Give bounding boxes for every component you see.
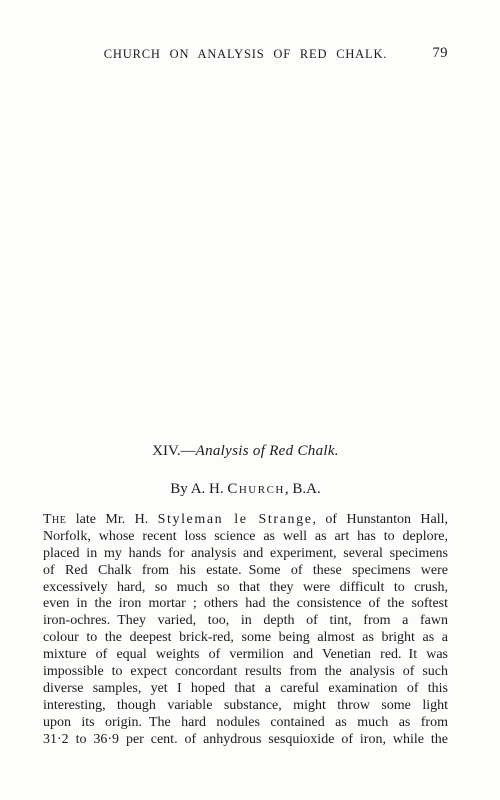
paragraph-line: interesting, though variable substance, …: [43, 698, 448, 715]
byline-suffix: , B.A.: [285, 481, 321, 497]
paragraph-line: diverse samples, yet I hoped that a care…: [43, 681, 448, 698]
paragraph-lead-word: The: [43, 512, 66, 527]
paragraph-line-text: , of Hunstanton Hall,: [313, 512, 448, 527]
paragraph-line: The late Mr. H. Styleman le Strange, of …: [43, 512, 448, 529]
running-head: CHURCH ON ANALYSIS OF RED CHALK. 79: [43, 47, 448, 65]
paragraph-line-text: late Mr. H.: [66, 512, 157, 527]
paragraph-line: upon its origin. The hard nodules contai…: [43, 715, 448, 732]
page-number: 79: [433, 45, 449, 62]
paragraph-line: excessively hard, so much so that they w…: [43, 580, 448, 597]
byline-author-surname: Church: [227, 481, 285, 497]
person-name-letterspaced: Styleman le Strange: [158, 512, 313, 527]
paragraph-line: Norfolk, whose recent loss science as we…: [43, 529, 448, 546]
paragraph-line: mixture of equal weights of vermilion an…: [43, 647, 448, 664]
byline: By A. H. Church, B.A.: [43, 481, 448, 498]
article-title: XIV.—Analysis of Red Chalk.: [43, 443, 448, 460]
paragraph-line: placed in my hands for analysis and expe…: [43, 546, 448, 563]
paragraph-line: of Red Chalk from his estate. Some of th…: [43, 563, 448, 580]
article-paragraph: The late Mr. H. Styleman le Strange, of …: [43, 512, 448, 748]
paragraph-line: 31·2 to 36·9 per cent. of anhydrous sesq…: [43, 732, 448, 749]
byline-prefix: By A. H.: [170, 481, 227, 497]
article-title-text: Analysis of Red Chalk.: [196, 443, 339, 459]
article-number: XIV.—: [152, 443, 195, 459]
paragraph-line: impossible to expect concordant results …: [43, 664, 448, 681]
paragraph-line: colour to the deepest brick-red, some be…: [43, 630, 448, 647]
paragraph-line: even in the iron mortar ; others had the…: [43, 596, 448, 613]
scanned-paper-page: CHURCH ON ANALYSIS OF RED CHALK. 79 XIV.…: [0, 0, 500, 800]
paragraph-line: iron-ochres. They varied, too, in depth …: [43, 613, 448, 630]
running-head-title: CHURCH ON ANALYSIS OF RED CHALK.: [43, 47, 448, 62]
